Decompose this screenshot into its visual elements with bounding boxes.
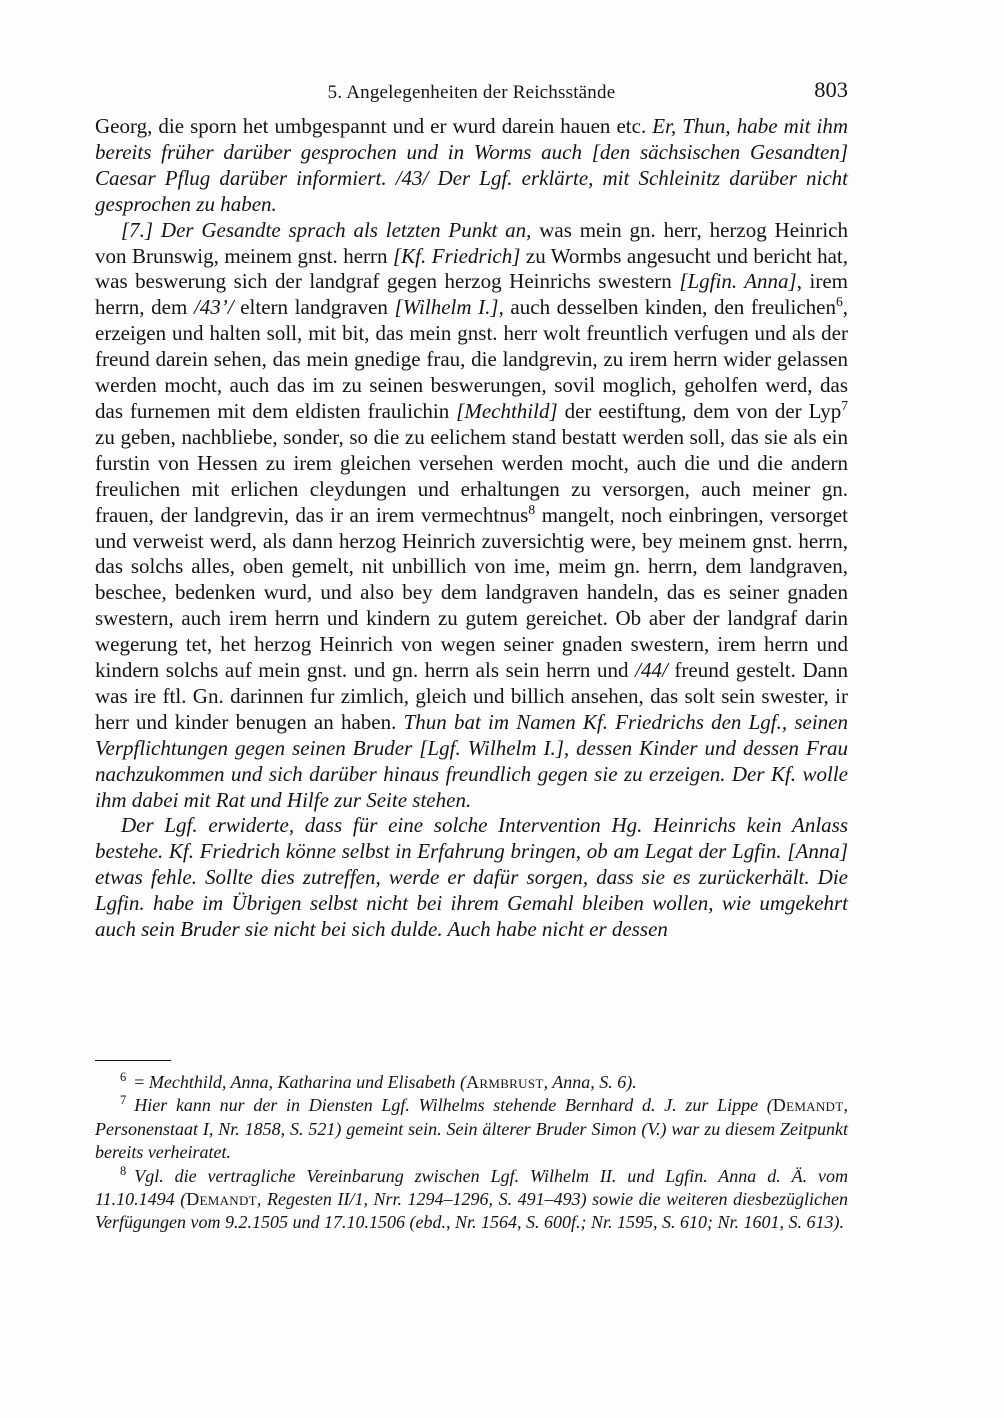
footnote-reference: 6	[836, 294, 843, 309]
text-segment: mangelt, noch einbringen, versorget und …	[95, 503, 848, 682]
running-header-title: 5. Angelegenheiten der Reichsstände	[95, 81, 848, 105]
footnote: 7Hier kann nur der in Diensten Lgf. Wilh…	[95, 1094, 848, 1164]
text-segment: Mechthild, Anna, Katharina und Elisabeth…	[149, 1072, 466, 1092]
text-segment: /44/	[635, 658, 668, 682]
text-segment: eltern landgraven	[234, 295, 395, 319]
book-page: 5. Angelegenheiten der Reichsstände 803 …	[0, 0, 1004, 1418]
text-segment: Demandt	[773, 1095, 844, 1115]
text-segment: =	[134, 1072, 149, 1092]
footnote-marker: 8	[120, 1164, 126, 1178]
running-header: 5. Angelegenheiten der Reichsstände 803	[95, 81, 848, 105]
footnote-marker: 7	[120, 1093, 126, 1107]
footnote-marker: 6	[120, 1070, 126, 1084]
text-segment: Der Lgf. erwiderte, dass für eine solche…	[95, 813, 848, 941]
text-segment: der eestiftung, dem von der Lyp	[558, 399, 842, 423]
text-segment: , auch desselben kinden, den freulichen	[499, 295, 836, 319]
text-segment: Hier kann nur der in Diensten Lgf. Wilhe…	[134, 1095, 773, 1115]
body-paragraph: [7.] Der Gesandte sprach als letzten Pun…	[95, 218, 848, 814]
body-paragraph: Georg, die sporn het umbgespannt und er …	[95, 114, 848, 218]
text-segment: Demandt	[186, 1189, 257, 1209]
text-segment: [Lgfin. Anna]	[679, 269, 796, 293]
page-number: 803	[814, 78, 848, 102]
text-segment: Georg, die sporn het umbgespannt und er …	[95, 114, 652, 138]
body-paragraph: Der Lgf. erwiderte, dass für eine solche…	[95, 813, 848, 943]
text-segment: [Wilhelm I.]	[395, 295, 499, 319]
footnote-block: 6= Mechthild, Anna, Katharina und Elisab…	[95, 1060, 848, 1235]
text-segment: /43’/	[194, 295, 234, 319]
footnote-separator-rule	[95, 1060, 171, 1061]
text-segment: Armbrust	[466, 1072, 544, 1092]
footnote-reference: 7	[841, 398, 848, 413]
text-segment: , Anna, S. 6).	[544, 1072, 637, 1092]
body-text: Georg, die sporn het umbgespannt und er …	[95, 114, 848, 943]
text-segment: [7.] Der Gesandte sprach als letzten Pun…	[121, 218, 539, 242]
text-segment: [Mechthild]	[456, 399, 557, 423]
text-segment: [Kf. Friedrich]	[393, 244, 520, 268]
footnote: 8Vgl. die vertragliche Vereinbarung zwis…	[95, 1165, 848, 1235]
footnote: 6= Mechthild, Anna, Katharina und Elisab…	[95, 1071, 848, 1094]
